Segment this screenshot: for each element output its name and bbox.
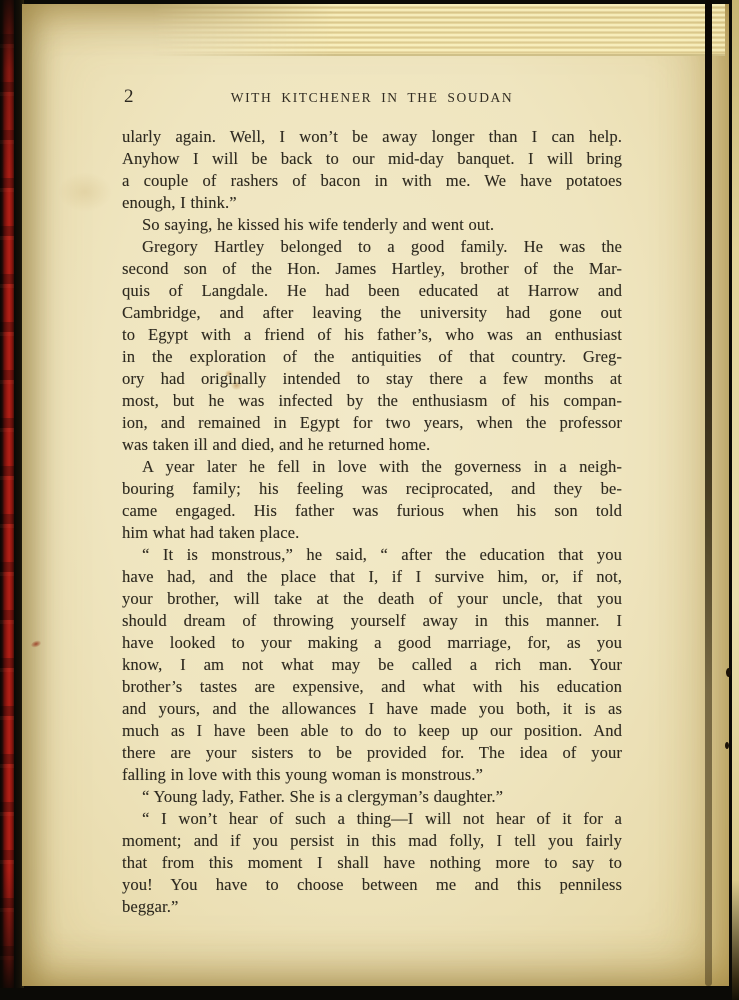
text-line: ularly again. Well, I won’t be away long… <box>122 126 622 148</box>
text-line: ory had originally intended to stay ther… <box>122 368 622 390</box>
text-line: to Egypt with a friend of his father’s, … <box>122 324 622 346</box>
page-header: 2 WITH KITCHENER IN THE SOUDAN <box>122 88 622 110</box>
text-line: your brother, will take at the death of … <box>122 588 622 610</box>
running-title: WITH KITCHENER IN THE SOUDAN <box>122 88 622 106</box>
text-line: ion, and remained in Egypt for two years… <box>122 412 622 434</box>
page-stain <box>30 640 41 649</box>
text-line: moment; and if you persist in this mad f… <box>122 830 622 852</box>
text-line: “ I won’t hear of such a thing—I will no… <box>122 808 622 830</box>
text-line: most, but he was infected by the enthusi… <box>122 390 622 412</box>
book-page: 2 WITH KITCHENER IN THE SOUDAN ularly ag… <box>22 4 729 986</box>
paragraph: So saying, he kissed his wife tenderly a… <box>122 214 622 236</box>
text-line: bouring family; his feeling was reciproc… <box>122 478 622 500</box>
text-line: have looked to your making a good marria… <box>122 632 622 654</box>
text-line: falling in love with this young woman is… <box>122 764 622 786</box>
right-page-edges <box>732 0 739 1000</box>
book-scan: 2 WITH KITCHENER IN THE SOUDAN ularly ag… <box>0 0 739 1000</box>
text-line: that from this moment I shall have nothi… <box>122 852 622 874</box>
text-line: Gregory Hartley belonged to a good famil… <box>122 236 622 258</box>
page-number: 2 <box>124 86 134 108</box>
text-line: came engaged. His father was furious whe… <box>122 500 622 522</box>
paragraph: Gregory Hartley belonged to a good famil… <box>122 236 622 456</box>
paragraph: ularly again. Well, I won’t be away long… <box>122 126 622 214</box>
text-line: “ Young lady, Father. She is a clergyman… <box>122 786 622 808</box>
page-stain <box>58 172 112 212</box>
text-line: have had, and the place that I, if I sur… <box>122 566 622 588</box>
text-line: a couple of rashers of bacon in with me.… <box>122 170 622 192</box>
text-line: was taken ill and died, and he returned … <box>122 434 622 456</box>
text-line: brother’s tastes are expensive, and what… <box>122 676 622 698</box>
text-line: you! You have to choose between me and t… <box>122 874 622 896</box>
text-line: should dream of throwing yourself away i… <box>122 610 622 632</box>
paragraph: “ It is monstrous,” he said, “ after the… <box>122 544 622 786</box>
text-line: know, I am not what may be called a rich… <box>122 654 622 676</box>
text-line: in the exploration of the antiquities of… <box>122 346 622 368</box>
text-line: beggar.” <box>122 896 622 918</box>
text-line: there are your sisters to be provided fo… <box>122 742 622 764</box>
edge-speck <box>726 668 731 677</box>
text-line: and yours, and the allowances I have mad… <box>122 698 622 720</box>
page-body: ularly again. Well, I won’t be away long… <box>122 126 622 918</box>
paragraph: “ I won’t hear of such a thing—I will no… <box>122 808 622 918</box>
text-line: A year later he fell in love with the go… <box>122 456 622 478</box>
text-line: Anyhow I will be back to our mid-day ban… <box>122 148 622 170</box>
paragraph: “ Young lady, Father. She is a clergyman… <box>122 786 622 808</box>
text-line: Cambridge, and after leaving the univers… <box>122 302 622 324</box>
fore-edge-line <box>705 0 712 986</box>
text-line: “ It is monstrous,” he said, “ after the… <box>122 544 622 566</box>
text-line: him what had taken place. <box>122 522 622 544</box>
paragraph: A year later he fell in love with the go… <box>122 456 622 544</box>
text-line: quis of Langdale. He had been educated a… <box>122 280 622 302</box>
edge-speck <box>725 742 729 749</box>
text-line: much as I have been able to do to keep u… <box>122 720 622 742</box>
page-edge-striations <box>152 4 725 56</box>
text-line: enough, I think.” <box>122 192 622 214</box>
text-line: second son of the Hon. James Hartley, br… <box>122 258 622 280</box>
text-line: So saying, he kissed his wife tenderly a… <box>122 214 622 236</box>
